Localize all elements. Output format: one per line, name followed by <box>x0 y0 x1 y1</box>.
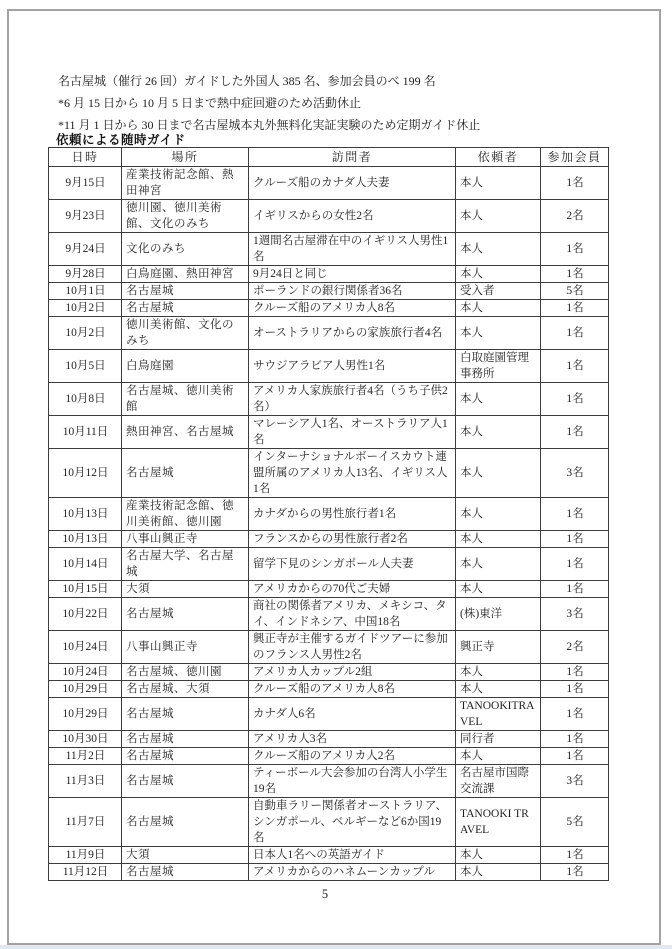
participants-cell: 1名 <box>541 300 609 317</box>
table-row: 10月11日熱田神宮、名古屋城マレーシア人1名、オーストラリア人1名本人1名 <box>49 416 609 449</box>
date-cell: 11月7日 <box>49 798 122 847</box>
date-cell: 10月30日 <box>49 731 122 748</box>
requester-cell: 本人 <box>456 864 541 881</box>
requester-cell: 同行者 <box>456 731 541 748</box>
date-cell: 10月14日 <box>49 548 122 581</box>
place-cell: 熱田神宮、名古屋城 <box>122 416 249 449</box>
document-page: 名古屋城（催行 26 回）ガイドした外国人 385 名、参加会員のべ 199 名… <box>7 9 661 945</box>
participants-cell: 1名 <box>541 266 609 283</box>
participants-cell: 1名 <box>541 681 609 698</box>
table-row: 10月24日名古屋城、徳川園アメリカ人カップル2組本人1名 <box>49 664 609 681</box>
visitor-cell: ポーランドの銀行関係者36名 <box>249 283 456 300</box>
participants-cell: 1名 <box>541 864 609 881</box>
requester-cell: 本人 <box>456 317 541 350</box>
visitor-cell: サウジアラビア人男性1名 <box>249 350 456 383</box>
date-cell: 11月12日 <box>49 864 122 881</box>
place-cell: 白鳥庭園、熱田神宮 <box>122 266 249 283</box>
date-cell: 10月24日 <box>49 631 122 664</box>
participants-cell: 3名 <box>541 449 609 498</box>
place-cell: 名古屋城 <box>122 449 249 498</box>
place-cell: 産業技術記念館、徳川美術館、徳川園 <box>122 498 249 531</box>
requester-cell: (株)東洋 <box>456 598 541 631</box>
date-cell: 10月8日 <box>49 383 122 416</box>
table-header-row: 日時場所訪問者依頼者参加会員 <box>49 148 609 167</box>
date-cell: 9月23日 <box>49 200 122 233</box>
participants-cell: 1名 <box>541 383 609 416</box>
visitor-cell: オーストラリアからの家族旅行者4名 <box>249 317 456 350</box>
table-row: 9月24日文化のみち1週間名古屋滞在中のイギリス人男性1名本人1名 <box>49 233 609 266</box>
place-cell: 文化のみち <box>122 233 249 266</box>
table-row: 11月3日名古屋城ティーボール大会参加の台湾人小学生19名名古屋市国際交流課3名 <box>49 765 609 798</box>
participants-cell: 1名 <box>541 731 609 748</box>
date-cell: 10月5日 <box>49 350 122 383</box>
date-cell: 10月12日 <box>49 449 122 498</box>
date-cell: 10月1日 <box>49 283 122 300</box>
place-cell: 大須 <box>122 581 249 598</box>
participants-cell: 2名 <box>541 631 609 664</box>
visitor-cell: ティーボール大会参加の台湾人小学生19名 <box>249 765 456 798</box>
place-cell: 名古屋城 <box>122 300 249 317</box>
participants-cell: 1名 <box>541 498 609 531</box>
table-row: 10月13日産業技術記念館、徳川美術館、徳川園カナダからの男性旅行者1名本人1名 <box>49 498 609 531</box>
participants-cell: 1名 <box>541 350 609 383</box>
visitor-cell: クルーズ船のアメリカ人8名 <box>249 681 456 698</box>
date-cell: 10月11日 <box>49 416 122 449</box>
participants-cell: 1名 <box>541 581 609 598</box>
requester-cell: 本人 <box>456 200 541 233</box>
table-row: 10月8日名古屋城、徳川美術館アメリカ人家族旅行者4名（うち子供2名）本人1名 <box>49 383 609 416</box>
requester-cell: 本人 <box>456 847 541 864</box>
table-row: 10月24日八事山興正寺興正寺が主催するガイドツアーに参加のフランス人男性2名興… <box>49 631 609 664</box>
visitor-cell: 自動車ラリー関係者オーストラリア、シンガポール、ベルギーなど6か国19名 <box>249 798 456 847</box>
table-row: 10月14日名古屋大学、名古屋城留学下見のシンガポール人夫妻本人1名 <box>49 548 609 581</box>
participants-cell: 1名 <box>541 167 609 200</box>
requester-cell: 本人 <box>456 167 541 200</box>
requester-cell: 本人 <box>456 531 541 548</box>
column-header: 参加会員 <box>541 148 609 167</box>
place-cell: 名古屋城 <box>122 598 249 631</box>
requester-cell: TANOOKI TRAVEL <box>456 798 541 847</box>
table-row: 10月15日大須アメリカからの70代ご夫婦本人1名 <box>49 581 609 598</box>
table-row: 11月12日名古屋城アメリカからのハネムーンカップル本人1名 <box>49 864 609 881</box>
participants-cell: 1名 <box>541 317 609 350</box>
place-cell: 八事山興正寺 <box>122 531 249 548</box>
place-cell: 名古屋城、徳川美術館 <box>122 383 249 416</box>
visitor-cell: マレーシア人1名、オーストラリア人1名 <box>249 416 456 449</box>
page-bottom-edge <box>0 945 672 949</box>
column-header: 依頼者 <box>456 148 541 167</box>
participants-cell: 5名 <box>541 798 609 847</box>
requester-cell: 本人 <box>456 681 541 698</box>
table-row: 10月5日白鳥庭園サウジアラビア人男性1名白取庭園管理事務所1名 <box>49 350 609 383</box>
participants-cell: 3名 <box>541 598 609 631</box>
date-cell: 9月15日 <box>49 167 122 200</box>
participants-cell: 1名 <box>541 548 609 581</box>
visitor-cell: 9月24日と同じ <box>249 266 456 283</box>
visitor-cell: アメリカ人家族旅行者4名（うち子供2名） <box>249 383 456 416</box>
document-page-background: { "page": { "intro_lines": [ "名古屋城（催行 26… <box>0 0 672 949</box>
participants-cell: 1名 <box>541 748 609 765</box>
visitor-cell: カナダ人6名 <box>249 698 456 731</box>
requester-cell: 本人 <box>456 416 541 449</box>
table-row: 10月2日徳川美術館、文化のみちオーストラリアからの家族旅行者4名本人1名 <box>49 317 609 350</box>
column-header: 日時 <box>49 148 122 167</box>
visitor-cell: アメリカからのハネムーンカップル <box>249 864 456 881</box>
date-cell: 10月2日 <box>49 317 122 350</box>
visitor-cell: イギリスからの女性2名 <box>249 200 456 233</box>
date-cell: 10月29日 <box>49 698 122 731</box>
participants-cell: 1名 <box>541 847 609 864</box>
visitor-cell: 留学下見のシンガポール人夫妻 <box>249 548 456 581</box>
place-cell: 徳川園、徳川美術館、文化のみち <box>122 200 249 233</box>
requester-cell: 本人 <box>456 748 541 765</box>
table-row: 10月2日名古屋城クルーズ船のアメリカ人8名本人1名 <box>49 300 609 317</box>
visitor-cell: 興正寺が主催するガイドツアーに参加のフランス人男性2名 <box>249 631 456 664</box>
place-cell: 白鳥庭園 <box>122 350 249 383</box>
page-number: 5 <box>0 887 650 902</box>
visitor-cell: アメリカ人カップル2組 <box>249 664 456 681</box>
table-row: 10月22日名古屋城商社の関係者アメリカ、メキシコ、タイ、インドネシア、中国18… <box>49 598 609 631</box>
table-row: 11月7日名古屋城自動車ラリー関係者オーストラリア、シンガポール、ベルギーなど6… <box>49 798 609 847</box>
visitor-cell: カナダからの男性旅行者1名 <box>249 498 456 531</box>
visitor-cell: 1週間名古屋滞在中のイギリス人男性1名 <box>249 233 456 266</box>
column-header: 場所 <box>122 148 249 167</box>
requester-cell: TANOOKITRAVEL <box>456 698 541 731</box>
table-row: 11月2日名古屋城クルーズ船のアメリカ人2名本人1名 <box>49 748 609 765</box>
participants-cell: 1名 <box>541 531 609 548</box>
requester-cell: 本人 <box>456 266 541 283</box>
date-cell: 10月15日 <box>49 581 122 598</box>
table-row: 9月28日白鳥庭園、熱田神宮9月24日と同じ本人1名 <box>49 266 609 283</box>
requester-cell: 本人 <box>456 233 541 266</box>
date-cell: 10月2日 <box>49 300 122 317</box>
place-cell: 名古屋城 <box>122 798 249 847</box>
participants-cell: 2名 <box>541 200 609 233</box>
requester-cell: 本人 <box>456 449 541 498</box>
place-cell: 名古屋城 <box>122 283 249 300</box>
date-cell: 10月13日 <box>49 531 122 548</box>
participants-cell: 1名 <box>541 664 609 681</box>
participants-cell: 1名 <box>541 233 609 266</box>
date-cell: 10月13日 <box>49 498 122 531</box>
visitor-cell: 商社の関係者アメリカ、メキシコ、タイ、インドネシア、中国18名 <box>249 598 456 631</box>
table-row: 10月29日名古屋城、大須クルーズ船のアメリカ人8名本人1名 <box>49 681 609 698</box>
participants-cell: 1名 <box>541 698 609 731</box>
table-row: 10月1日名古屋城ポーランドの銀行関係者36名受入者5名 <box>49 283 609 300</box>
visitor-cell: クルーズ船のアメリカ人2名 <box>249 748 456 765</box>
column-header: 訪問者 <box>249 148 456 167</box>
requester-cell: 本人 <box>456 383 541 416</box>
visitor-cell: クルーズ船のカナダ人夫妻 <box>249 167 456 200</box>
visitor-cell: クルーズ船のアメリカ人8名 <box>249 300 456 317</box>
requester-cell: 本人 <box>456 581 541 598</box>
place-cell: 名古屋城 <box>122 864 249 881</box>
intro-text-block: 名古屋城（催行 26 回）ガイドした外国人 385 名、参加会員のべ 199 名… <box>58 70 480 136</box>
place-cell: 徳川美術館、文化のみち <box>122 317 249 350</box>
table-row: 9月15日産業技術記念館、熱田神宮クルーズ船のカナダ人夫妻本人1名 <box>49 167 609 200</box>
place-cell: 名古屋城 <box>122 731 249 748</box>
visitor-cell: アメリカ人3名 <box>249 731 456 748</box>
date-cell: 10月24日 <box>49 664 122 681</box>
date-cell: 10月22日 <box>49 598 122 631</box>
place-cell: 産業技術記念館、熱田神宮 <box>122 167 249 200</box>
table-row: 10月13日八事山興正寺フランスからの男性旅行者2名本人1名 <box>49 531 609 548</box>
guide-table: 日時場所訪問者依頼者参加会員 9月15日産業技術記念館、熱田神宮クルーズ船のカナ… <box>48 147 609 881</box>
table-row: 11月9日大須日本人1名への英語ガイド本人1名 <box>49 847 609 864</box>
section-title: 依頼による随時ガイド <box>56 130 186 148</box>
requester-cell: 本人 <box>456 548 541 581</box>
participants-cell: 1名 <box>541 416 609 449</box>
visitor-cell: インターナショナルボーイスカウト連盟所属のアメリカ人13名、イギリス人1名 <box>249 449 456 498</box>
requester-cell: 本人 <box>456 498 541 531</box>
requester-cell: 興正寺 <box>456 631 541 664</box>
table-row: 10月30日名古屋城アメリカ人3名同行者1名 <box>49 731 609 748</box>
table-row: 9月23日徳川園、徳川美術館、文化のみちイギリスからの女性2名本人2名 <box>49 200 609 233</box>
visitor-cell: アメリカからの70代ご夫婦 <box>249 581 456 598</box>
requester-cell: 本人 <box>456 300 541 317</box>
date-cell: 11月9日 <box>49 847 122 864</box>
table-row: 10月12日名古屋城インターナショナルボーイスカウト連盟所属のアメリカ人13名、… <box>49 449 609 498</box>
date-cell: 11月2日 <box>49 748 122 765</box>
date-cell: 9月24日 <box>49 233 122 266</box>
place-cell: 名古屋大学、名古屋城 <box>122 548 249 581</box>
table-row: 10月29日名古屋城カナダ人6名TANOOKITRAVEL1名 <box>49 698 609 731</box>
date-cell: 11月3日 <box>49 765 122 798</box>
participants-cell: 5名 <box>541 283 609 300</box>
visitor-cell: 日本人1名への英語ガイド <box>249 847 456 864</box>
place-cell: 八事山興正寺 <box>122 631 249 664</box>
date-cell: 10月29日 <box>49 681 122 698</box>
place-cell: 名古屋城、徳川園 <box>122 664 249 681</box>
requester-cell: 名古屋市国際交流課 <box>456 765 541 798</box>
table-body: 9月15日産業技術記念館、熱田神宮クルーズ船のカナダ人夫妻本人1名9月23日徳川… <box>49 167 609 881</box>
date-cell: 9月28日 <box>49 266 122 283</box>
participants-cell: 3名 <box>541 765 609 798</box>
place-cell: 名古屋城、大須 <box>122 681 249 698</box>
intro-line-summary: 名古屋城（催行 26 回）ガイドした外国人 385 名、参加会員のべ 199 名 <box>58 70 480 92</box>
intro-line-note-1: *6 月 15 日から 10 月 5 日まで熱中症回避のため活動休止 <box>58 92 480 114</box>
requester-cell: 本人 <box>456 664 541 681</box>
visitor-cell: フランスからの男性旅行者2名 <box>249 531 456 548</box>
place-cell: 大須 <box>122 847 249 864</box>
requester-cell: 白取庭園管理事務所 <box>456 350 541 383</box>
place-cell: 名古屋城 <box>122 765 249 798</box>
place-cell: 名古屋城 <box>122 698 249 731</box>
requester-cell: 受入者 <box>456 283 541 300</box>
place-cell: 名古屋城 <box>122 748 249 765</box>
